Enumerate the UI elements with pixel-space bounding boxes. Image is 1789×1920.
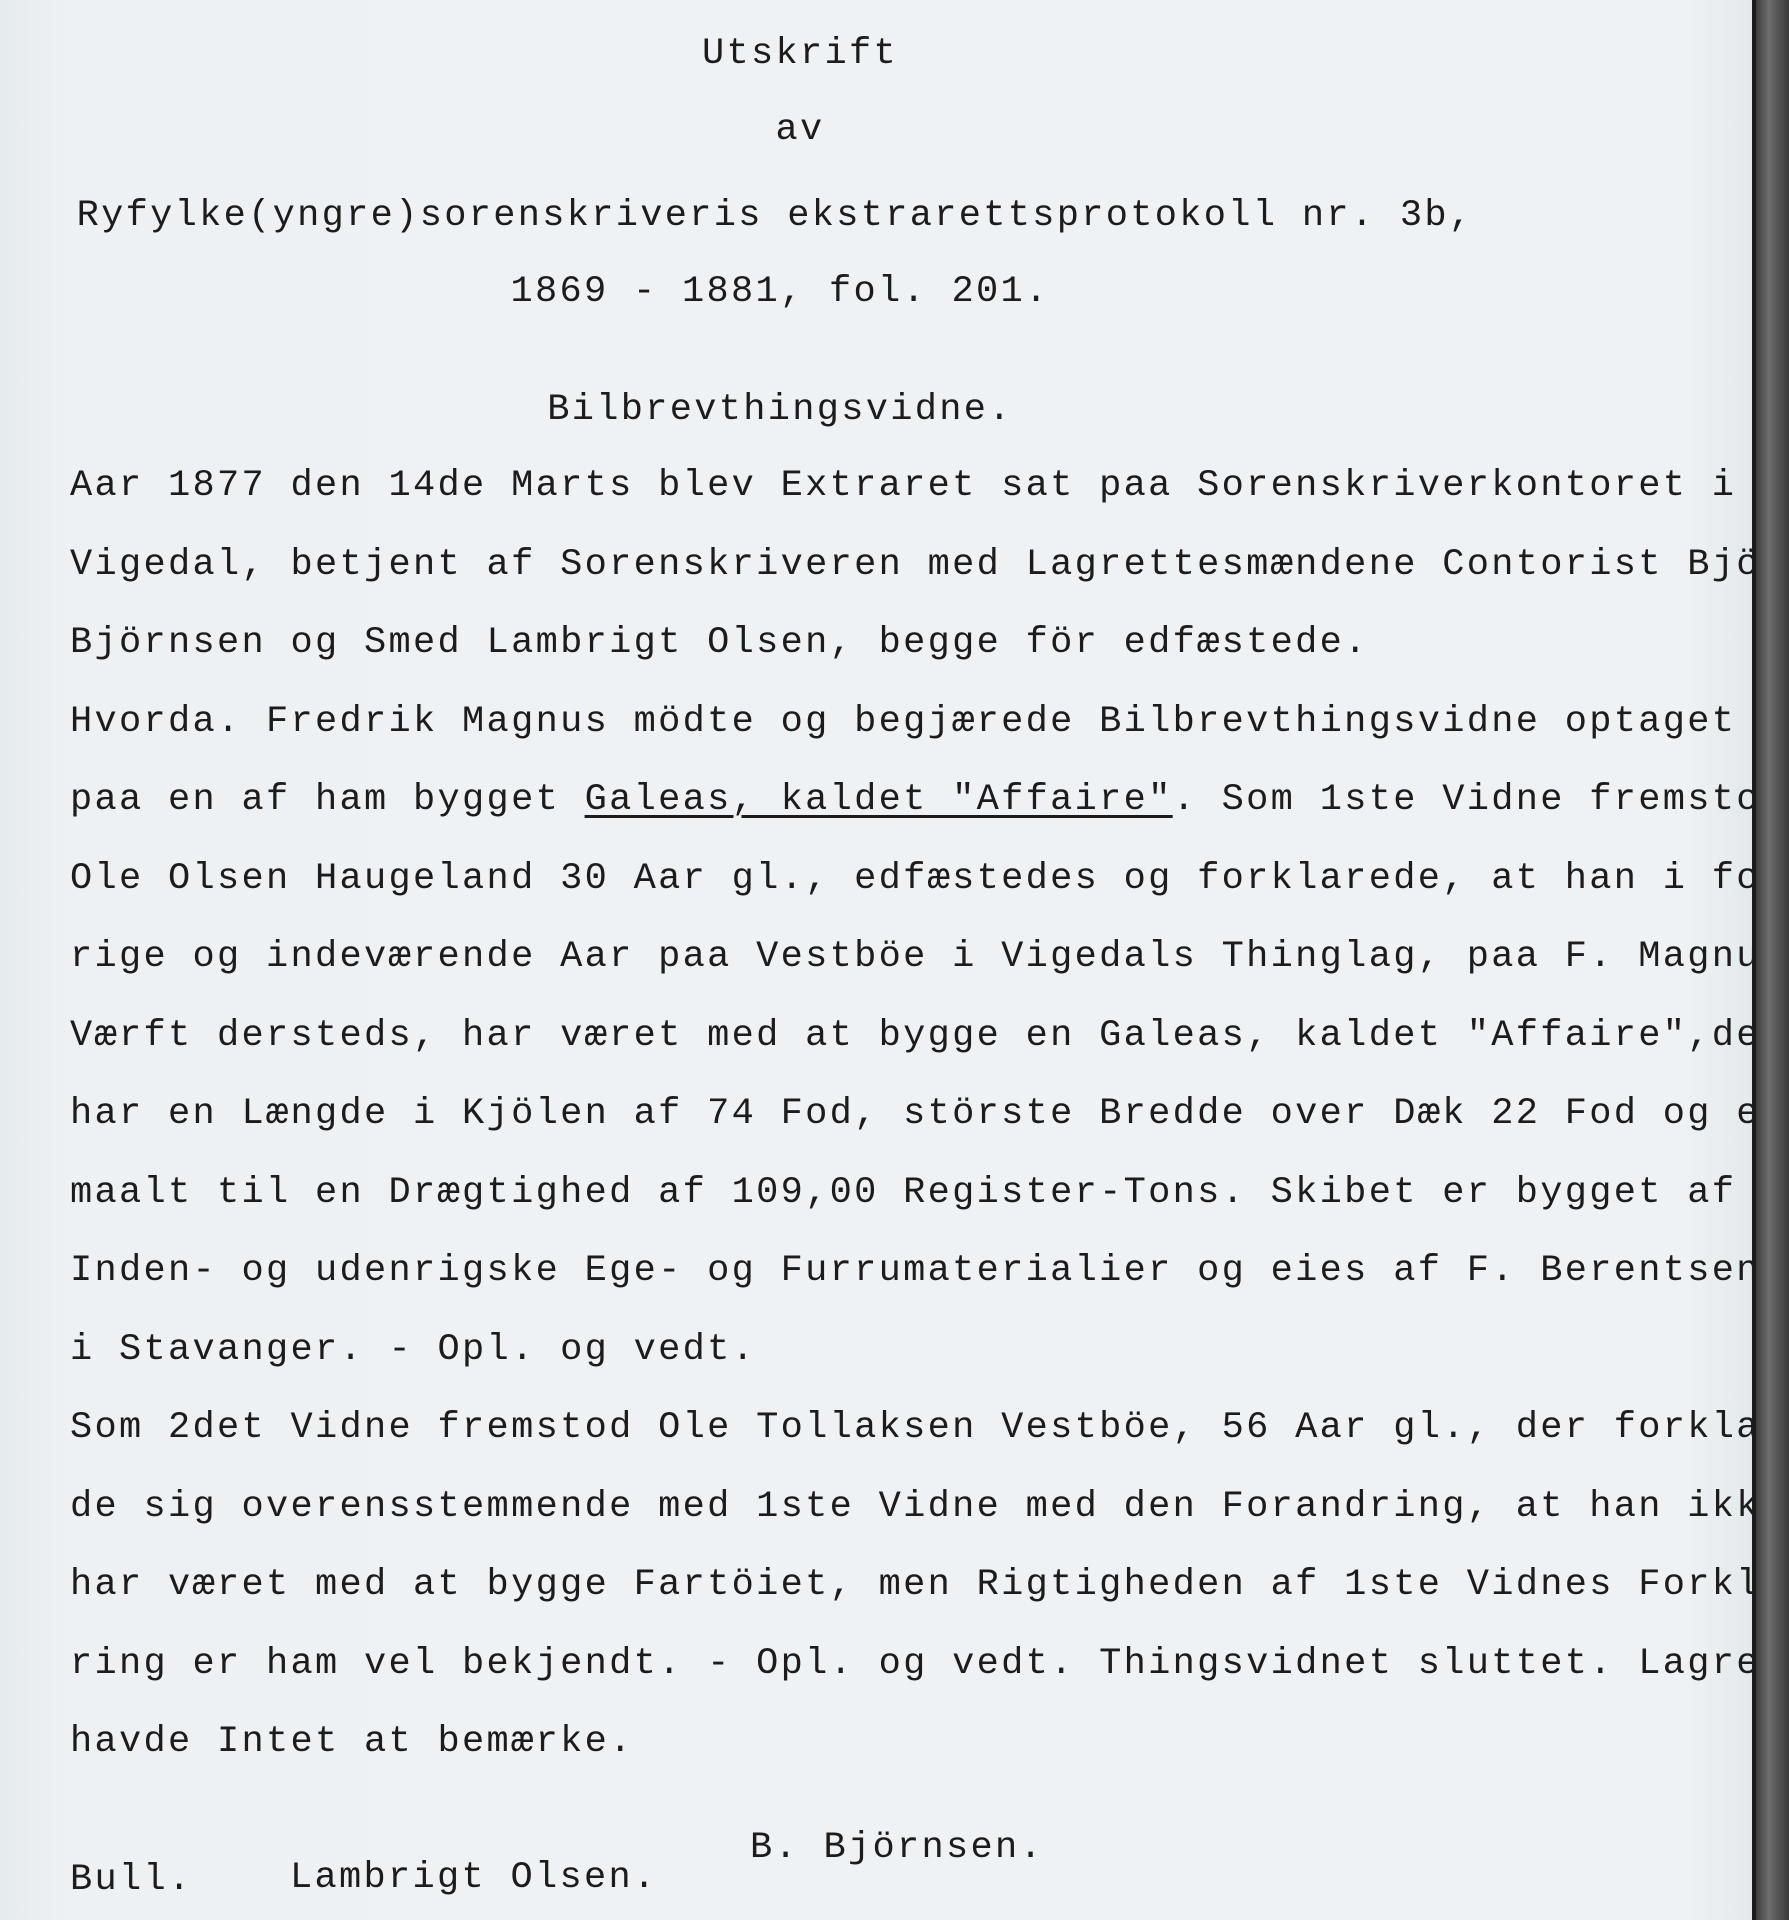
body-line: har været med at bygge Fartöiet, men Rig… [70,1567,1789,1604]
document-title: Utskrift [0,36,1600,73]
body-line: Værft dersteds, har været med at bygge e… [70,1018,1785,1055]
signature-bjornsen: B. Björnsen. [750,1830,1044,1867]
body-line: i Stavanger. - Opl. og vedt. [70,1332,756,1369]
document-range: 1869 - 1881, fol. 201. [0,274,1580,311]
body-line: havde Intet at bemærke. [70,1724,634,1761]
body-line: Björnsen og Smed Lambrigt Olsen, begge f… [70,625,1369,662]
body-line: har en Længde i Kjölen af 74 Fod, störst… [70,1096,1785,1133]
signature-lambrigt-olsen: Lambrigt Olsen. [290,1860,658,1897]
document-title-of: av [0,112,1600,149]
body-line: maalt til en Drægtighed af 109,00 Regist… [70,1175,1736,1212]
body-line: de sig overensstemmende med 1ste Vidne m… [70,1489,1785,1526]
body-text-segment: paa en af ham bygget [70,779,585,821]
underlined-ship-name: Galeas, kaldet "Affaire" [585,779,1173,821]
body-line: Vigedal, betjent af Sorenskriveren med L… [70,547,1789,584]
body-line: Inden- og udenrigske Ege- og Furrumateri… [70,1253,1761,1290]
body-line: Hvorda. Fredrik Magnus mödte og begjæred… [70,704,1736,741]
body-text-segment: . Som 1ste Vidne fremstod [1173,779,1786,821]
document-source: Ryfylke(yngre)sorenskriveris ekstraretts… [0,198,1575,235]
body-line: ring er ham vel bekjendt. - Opl. og vedt… [70,1646,1789,1683]
typewritten-page: Utskrift av Ryfylke(yngre)sorenskriveris… [0,0,1752,1920]
body-line: Som 2det Vidne fremstod Ole Tollaksen Ve… [70,1410,1789,1447]
body-line: Ole Olsen Haugeland 30 Aar gl., edfæsted… [70,861,1789,898]
body-line: rige og indeværende Aar paa Vestböe i Vi… [70,939,1789,976]
body-line: paa en af ham bygget Galeas, kaldet "Aff… [70,782,1785,819]
document-subtitle: Bilbrevthingsvidne. [0,392,1580,429]
body-line: Aar 1877 den 14de Marts blev Extraret sa… [70,468,1736,505]
book-binding-edge [1752,0,1789,1920]
signature-bull: Bull. [70,1862,193,1899]
